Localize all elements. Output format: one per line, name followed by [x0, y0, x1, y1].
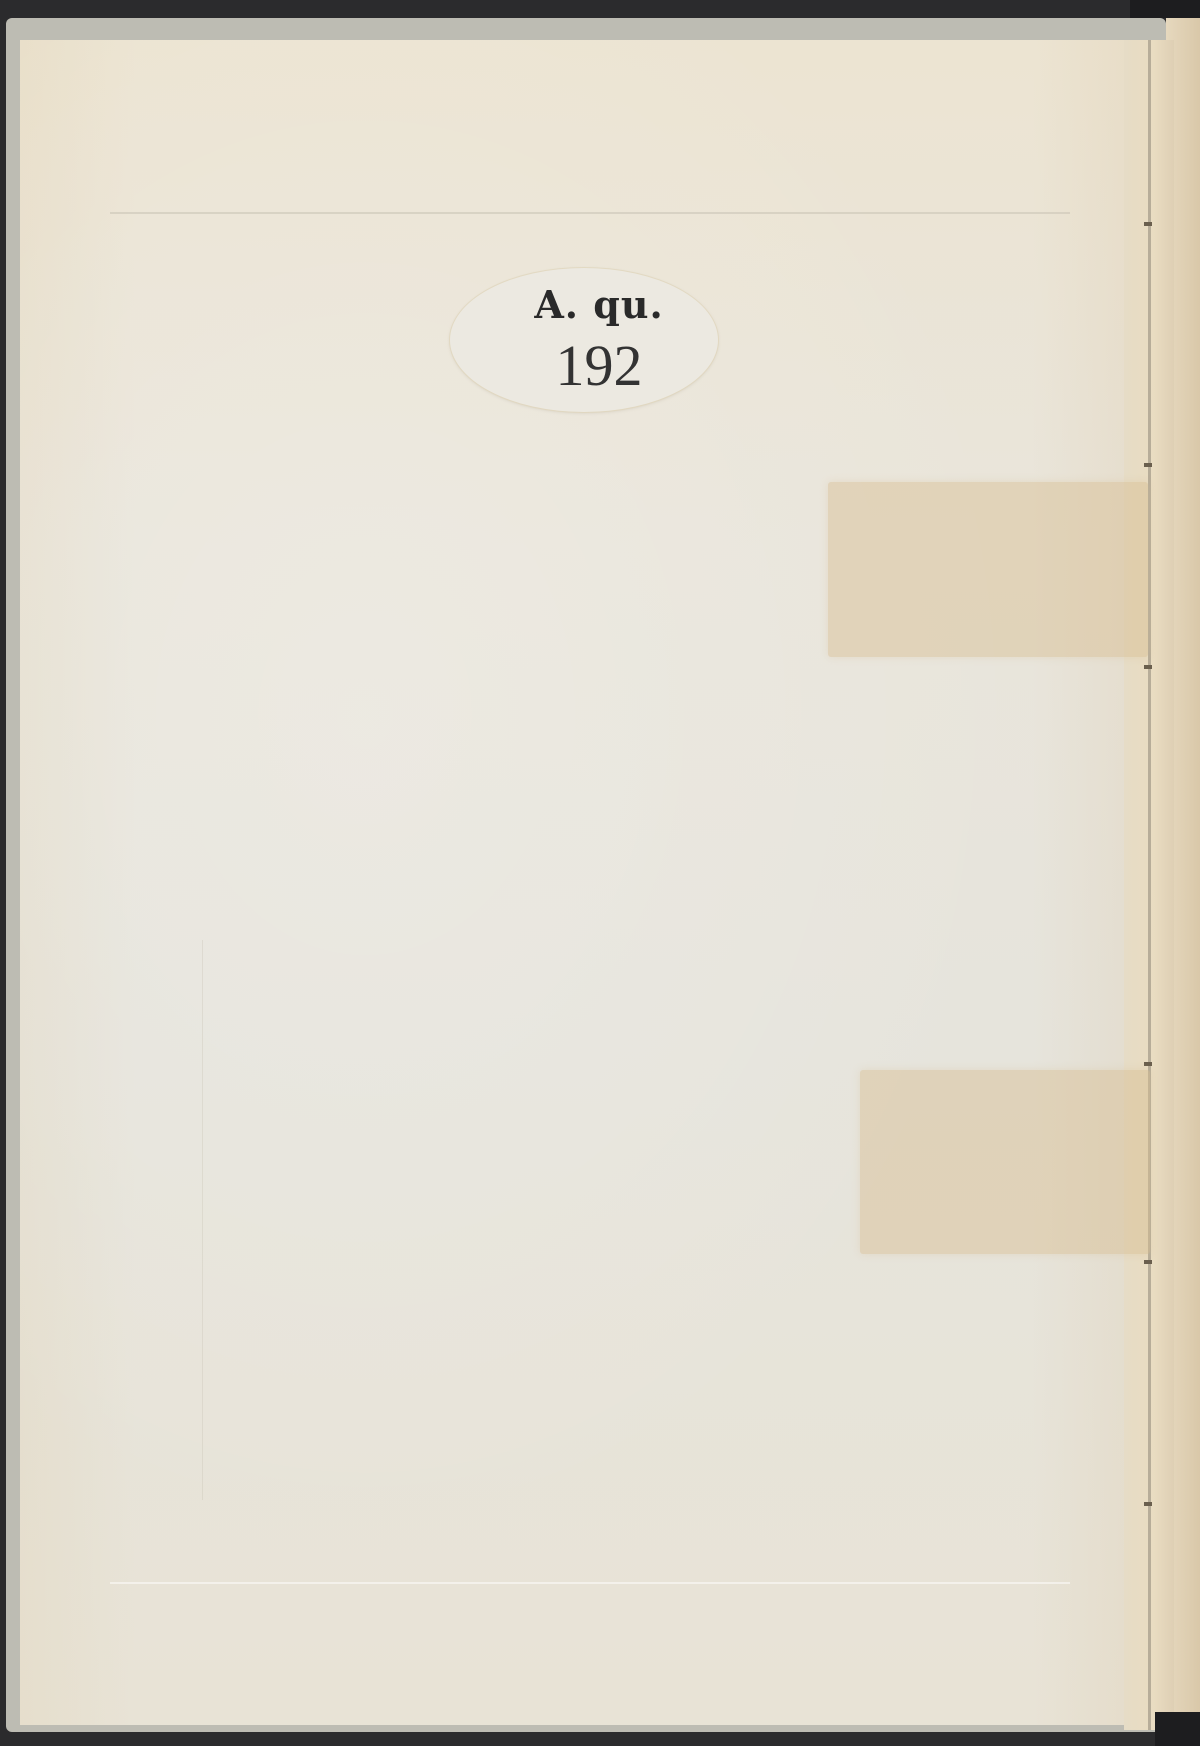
binding-stitch [1144, 1062, 1152, 1066]
binding-stitch [1144, 463, 1152, 467]
binding-stitch [1144, 1502, 1152, 1506]
paper-fold-left [202, 940, 203, 1500]
shelfmark-number: 192 [450, 332, 718, 399]
spine-bottom [1155, 1712, 1200, 1746]
binding-stitch [1144, 665, 1152, 669]
repair-tape-lower [860, 1070, 1150, 1254]
binding-stitch [1144, 222, 1152, 226]
repair-tape-upper [828, 482, 1148, 657]
paper-fold-bottom [110, 1582, 1070, 1584]
shelfmark-label: A. qu. 192 [450, 268, 718, 412]
shelfmark-collection: A. qu. [450, 282, 718, 327]
spine-top [1130, 0, 1200, 18]
paper-fold-top [110, 212, 1070, 214]
gutter-binding-line [1148, 40, 1151, 1730]
binding-stitch [1144, 1260, 1152, 1264]
